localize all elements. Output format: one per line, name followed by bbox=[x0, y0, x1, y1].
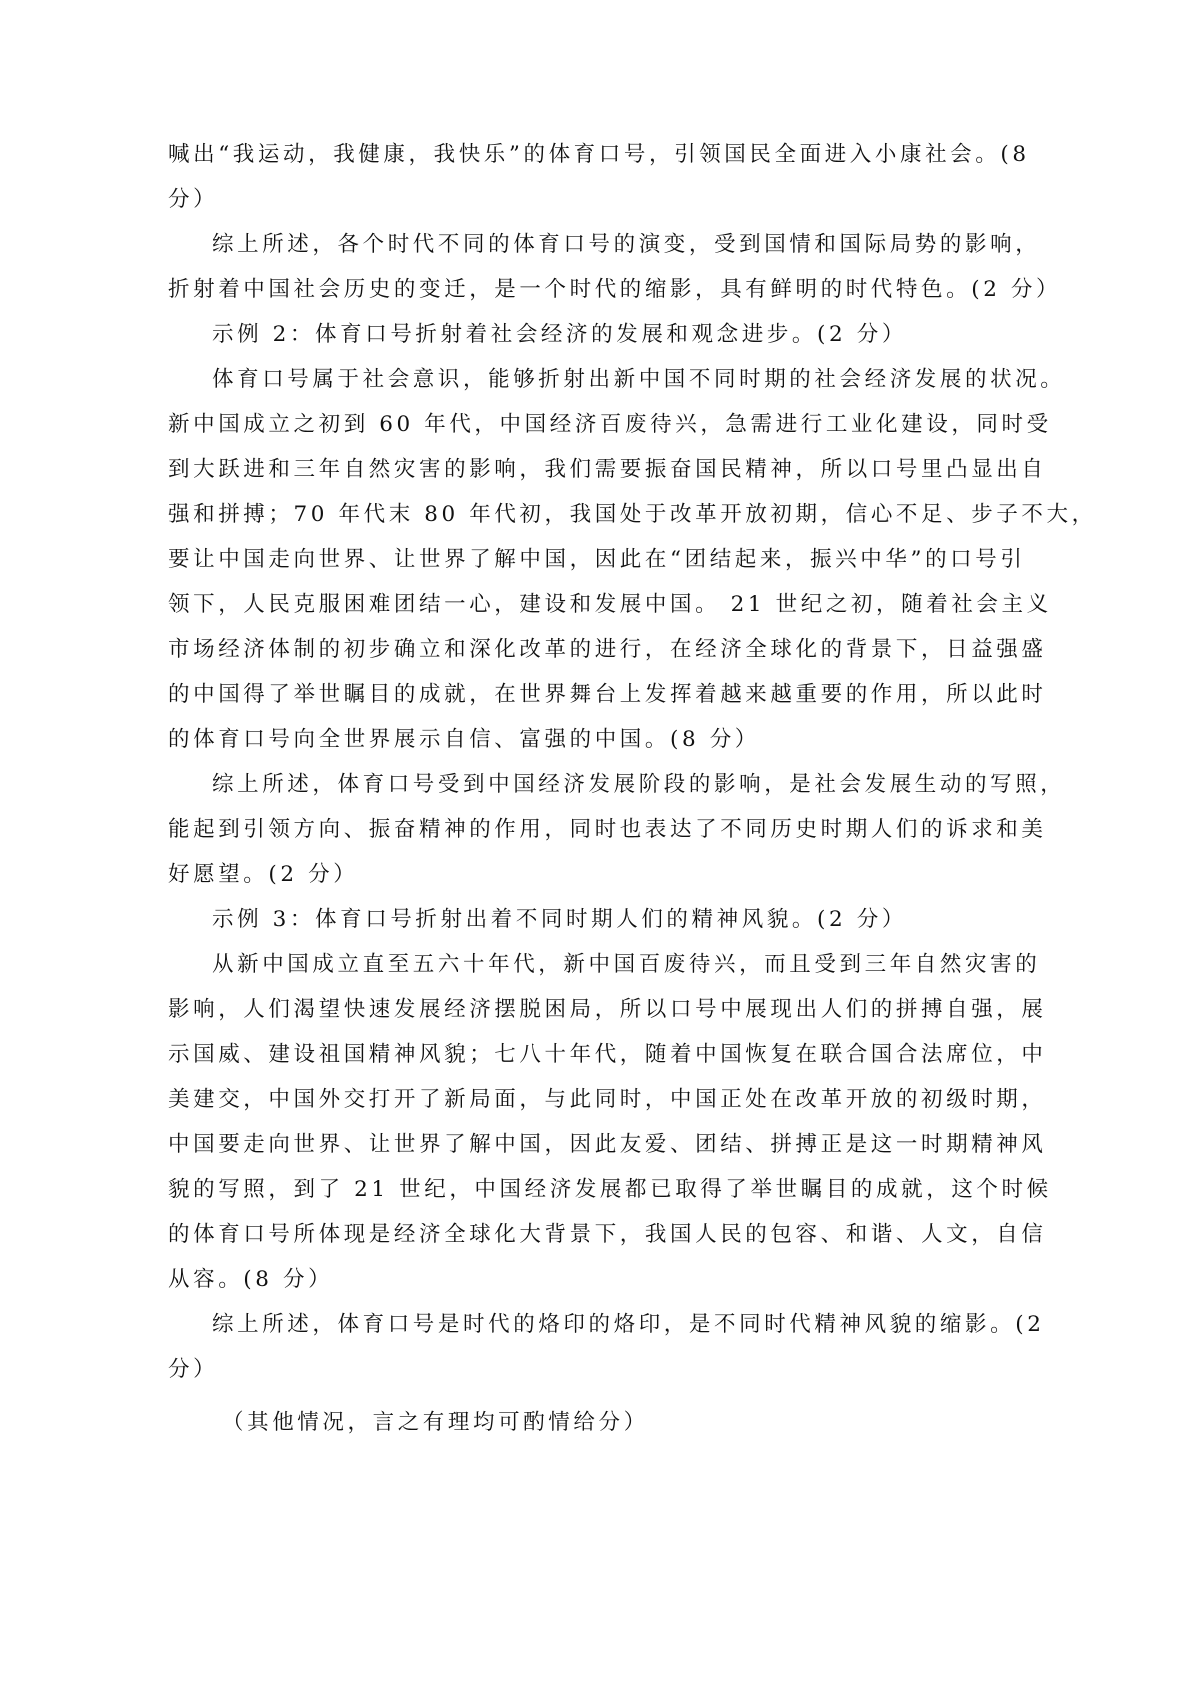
text-line: 能起到引领方向、振奋精神的作用，同时也表达了不同历史时期人们的诉求和美 bbox=[168, 807, 1047, 852]
text-line: 美建交，中国外交打开了新局面，与此同时，中国正处在改革开放的初级时期， bbox=[168, 1077, 1047, 1122]
text-line: 分） bbox=[168, 177, 218, 222]
text-line: 到大跃进和三年自然灾害的影响，我们需要振奋国民精神，所以口号里凸显出自 bbox=[168, 447, 1047, 492]
text-line: 中国要走向世界、让世界了解中国，因此友爱、团结、拼搏正是这一时期精神风 bbox=[168, 1122, 1047, 1167]
text-line: 的中国得了举世瞩目的成就，在世界舞台上发挥着越来越重要的作用，所以此时 bbox=[168, 672, 1047, 717]
text-line: 貌的写照，到了 21 世纪，中国经济发展都已取得了举世瞩目的成就，这个时候 bbox=[168, 1167, 1052, 1212]
text-line: 要让中国走向世界、让世界了解中国，因此在“团结起来，振兴中华”的口号引 bbox=[168, 537, 1026, 582]
text-line: 综上所述，体育口号是时代的烙印的烙印，是不同时代精神风貌的缩影。(2 bbox=[212, 1302, 1044, 1347]
text-line: 强和拼搏；70 年代末 80 年代初，我国处于改革开放初期，信心不足、步子不大， bbox=[168, 492, 1097, 537]
text-line: 的体育口号所体现是经济全球化大背景下，我国人民的包容、和谐、人文，自信 bbox=[168, 1212, 1047, 1257]
text-line: 领下，人民克服困难团结一心，建设和发展中国。 21 世纪之初，随着社会主义 bbox=[168, 582, 1052, 627]
text-line: 分） bbox=[168, 1347, 218, 1392]
text-line: 喊出“我运动，我健康，我快乐”的体育口号，引领国民全面进入小康社会。(8 bbox=[168, 132, 1030, 177]
text-line: 好愿望。(2 分） bbox=[168, 852, 358, 897]
text-line: 的体育口号向全世界展示自信、富强的中国。(8 分） bbox=[168, 717, 760, 762]
text-line: 市场经济体制的初步确立和深化改革的进行，在经济全球化的背景下，日益强盛 bbox=[168, 627, 1047, 672]
text-line: 新中国成立之初到 60 年代，中国经济百废待兴，急需进行工业化建设，同时受 bbox=[168, 402, 1052, 447]
text-line: 示国威、建设祖国精神风貌；七八十年代，随着中国恢复在联合国合法席位，中 bbox=[168, 1032, 1047, 1077]
example-2-heading: 示例 2：体育口号折射着社会经济的发展和观念进步。(2 分） bbox=[212, 312, 907, 357]
text-line: 影响，人们渴望快速发展经济摆脱困局，所以口号中展现出人们的拼搏自强，展 bbox=[168, 987, 1047, 1032]
text-line: 综上所述，体育口号受到中国经济发展阶段的影响，是社会发展生动的写照， bbox=[212, 762, 1065, 807]
example-3-heading: 示例 3：体育口号折射出着不同时期人们的精神风貌。(2 分） bbox=[212, 897, 907, 942]
text-line: 折射着中国社会历史的变迁，是一个时代的缩影，具有鲜明的时代特色。(2 分） bbox=[168, 267, 1061, 312]
text-line: 综上所述，各个时代不同的体育口号的演变，受到国情和国际局势的影响， bbox=[212, 222, 1040, 267]
text-line: 体育口号属于社会意识，能够折射出新中国不同时期的社会经济发展的状况。 bbox=[212, 357, 1065, 402]
text-line: 从新中国成立直至五六十年代，新中国百废待兴，而且受到三年自然灾害的 bbox=[212, 942, 1040, 987]
grading-note: （其他情况，言之有理均可酌情给分） bbox=[222, 1400, 649, 1445]
text-line: 从容。(8 分） bbox=[168, 1257, 333, 1302]
